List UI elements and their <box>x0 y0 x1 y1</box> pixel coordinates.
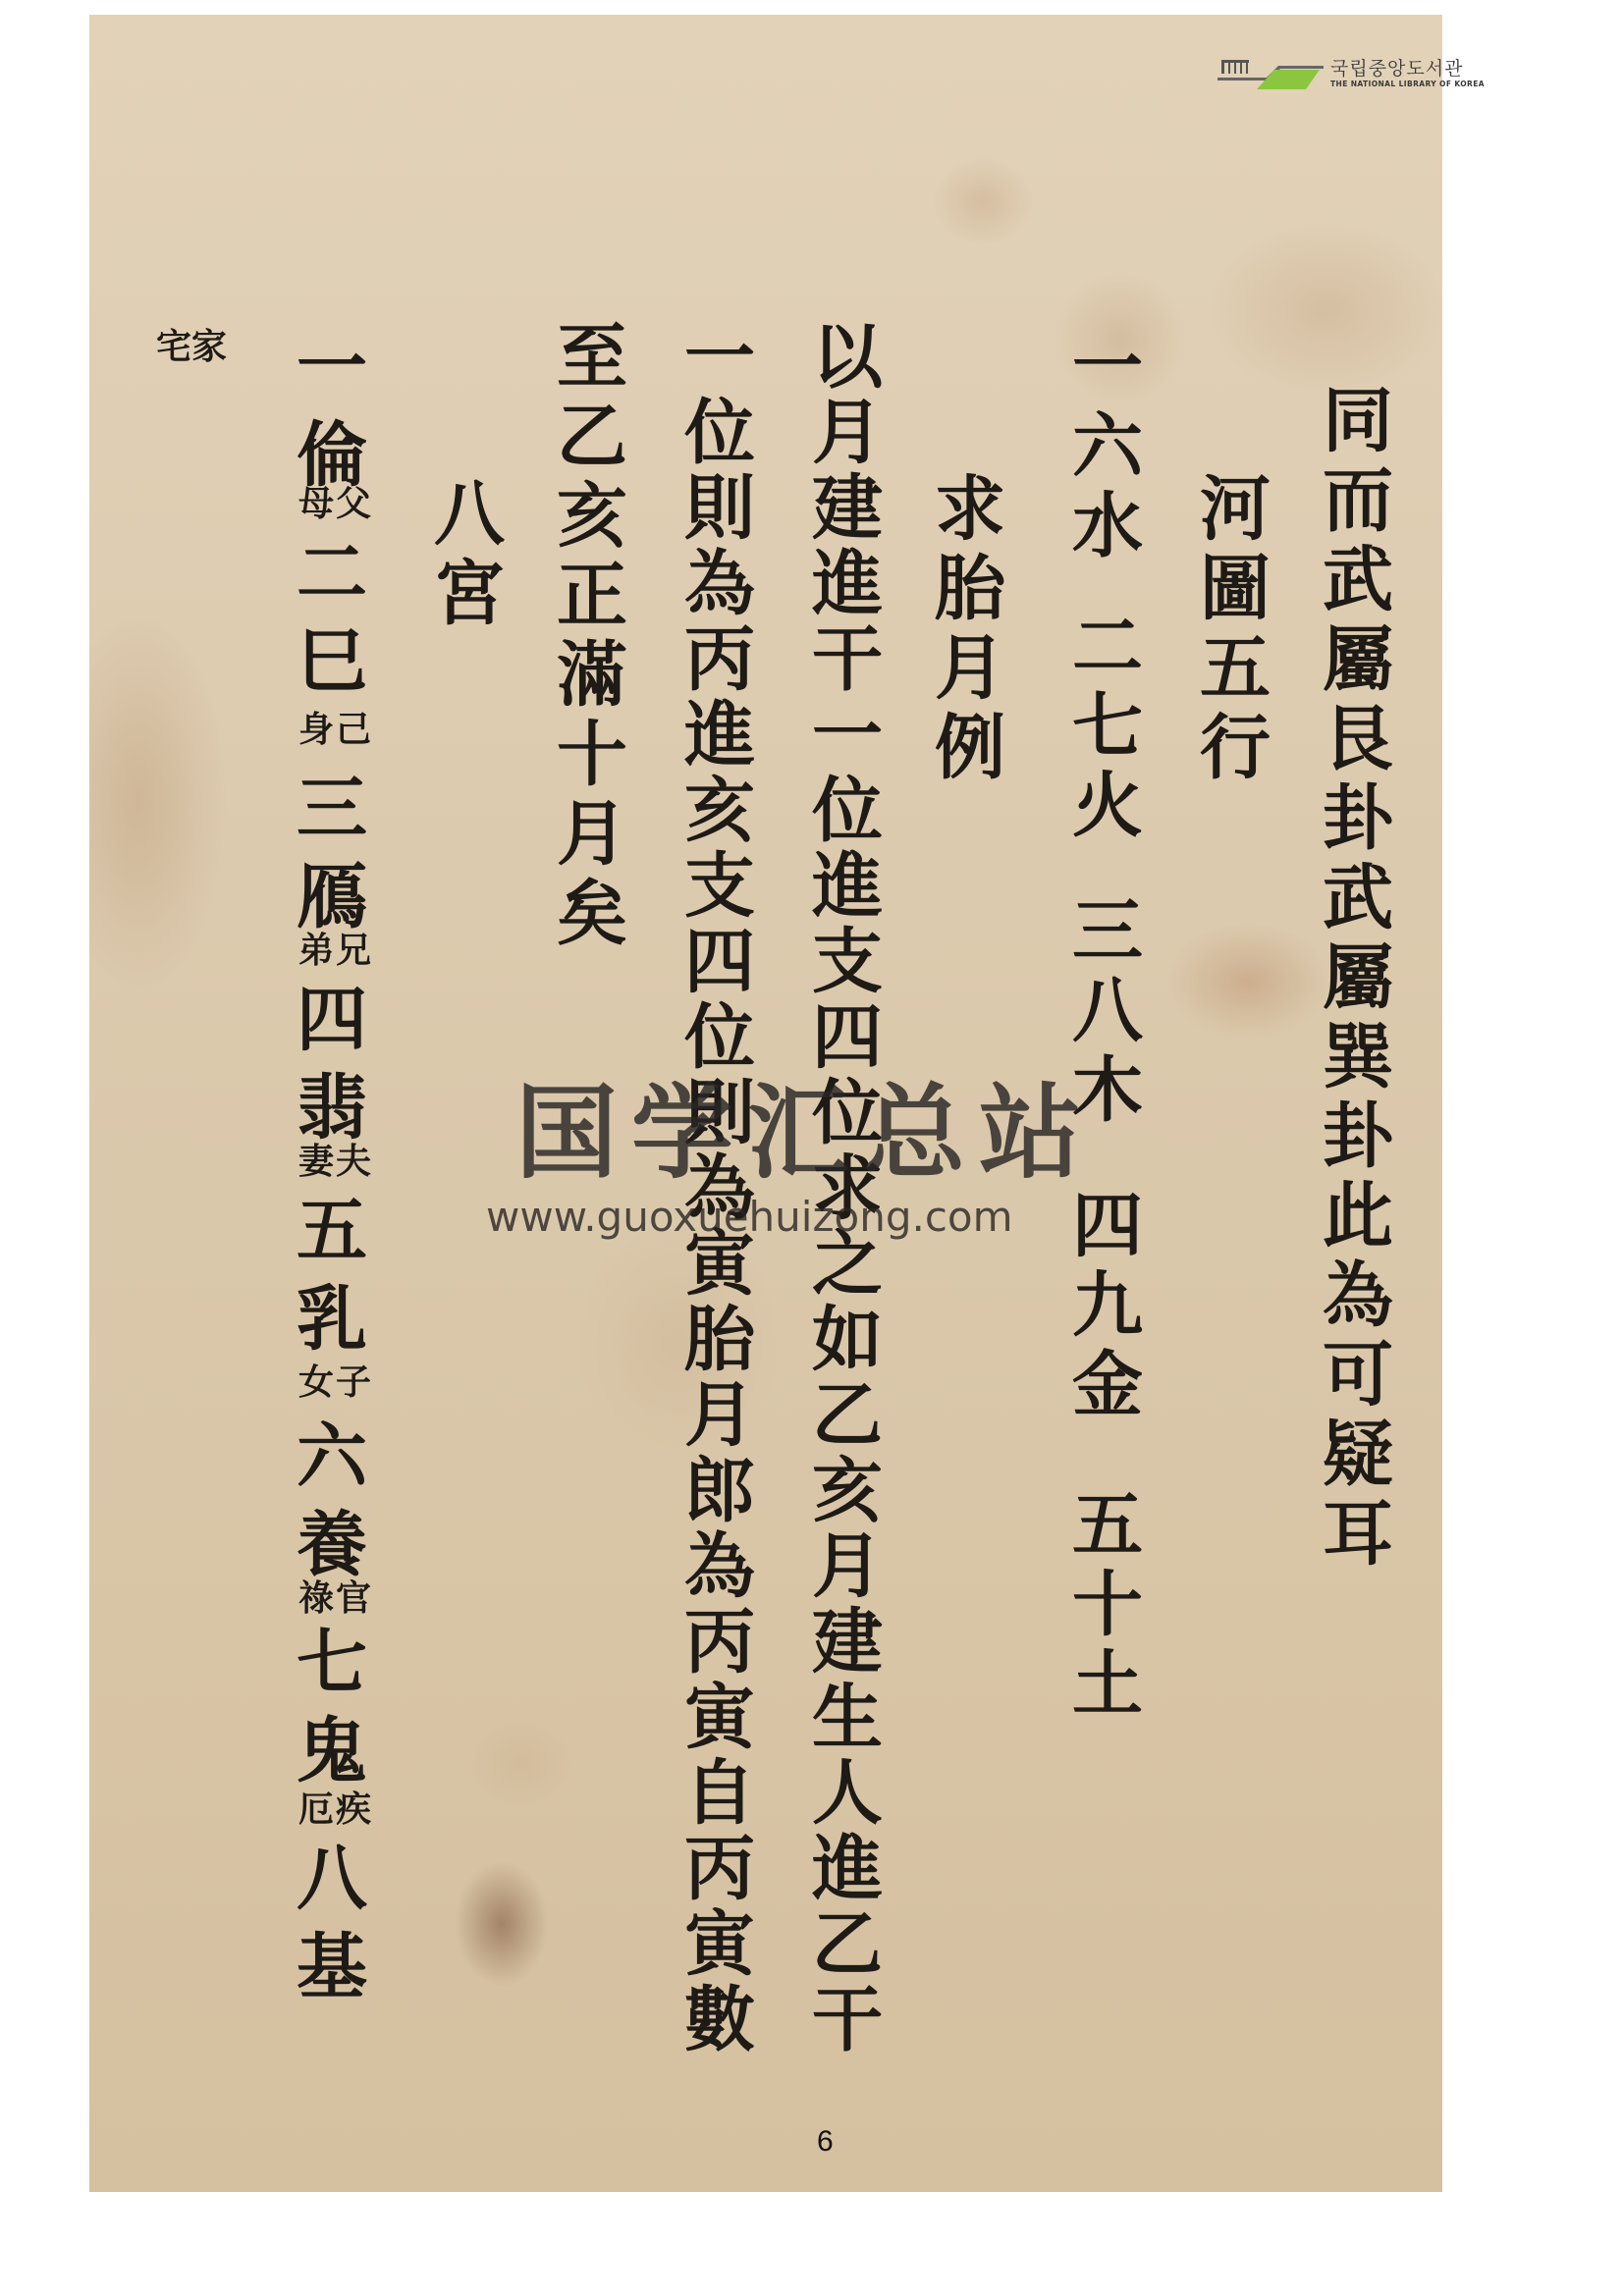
national-library-logo: 국립중앙도서관 THE NATIONAL LIBRARY OF KOREA <box>1217 54 1502 93</box>
note-char: 女 <box>298 1355 334 1400</box>
library-name-english: THE NATIONAL LIBRARY OF KOREA <box>1330 80 1485 88</box>
note-char: 兄 <box>336 923 371 968</box>
note-char: 己 <box>336 702 371 747</box>
text-column-1: 同而武屬艮卦武屬巽卦此為可疑耳 <box>1317 383 1387 1575</box>
palace-item: 三鴈 <box>291 771 361 947</box>
palace-note: 祿 官 <box>281 1571 389 1616</box>
note-char: 身 <box>298 702 334 747</box>
palace-note: 身 己 <box>281 702 389 747</box>
watermark-url: www.guoxuehuizong.com <box>486 1193 1013 1241</box>
palace-note: 弟 兄 <box>281 923 389 968</box>
note-char: 子 <box>336 1355 371 1400</box>
palace-note: 妻 夫 <box>281 1134 389 1179</box>
note-char: 官 <box>336 1571 371 1616</box>
palace-note: 厄 疾 <box>281 1782 389 1827</box>
library-name-korean: 국립중앙도서관 <box>1330 54 1463 80</box>
library-emblem-icon <box>1217 58 1324 89</box>
heading-hetu-wuxing: 河圖五行 <box>1194 471 1265 789</box>
palace-item: 四翡 <box>291 982 361 1158</box>
note-char: 夫 <box>336 1134 371 1179</box>
heading-qiu-taiyue-li: 求胎月例 <box>929 471 1000 789</box>
note-char: 疾 <box>336 1782 371 1827</box>
note-char: 弟 <box>298 923 334 968</box>
note-char: 父 <box>336 476 371 521</box>
palace-item: 六養 <box>291 1418 361 1595</box>
note-char: 厄 <box>298 1782 334 1827</box>
note-char: 祿 <box>298 1571 334 1616</box>
palace-item: 二巳 <box>291 535 361 712</box>
element-item: 一六水 <box>1066 329 1137 567</box>
note-char: 妻 <box>298 1134 334 1179</box>
note-char: 母 <box>298 476 334 521</box>
element-item: 四九金 <box>1066 1188 1137 1426</box>
palace-note: 女 子 <box>281 1355 389 1400</box>
element-item: 二七火 <box>1066 609 1137 847</box>
palace-item: 五乳 <box>291 1193 361 1369</box>
heading-eight-palaces: 八宮 <box>428 476 499 635</box>
trailing-note-jiazhai: 家宅 <box>156 329 227 366</box>
palace-item: 七鬼 <box>291 1625 361 1801</box>
palace-note: 母 父 <box>281 476 389 521</box>
text-column-7: 至乙亥正滿十月矣 <box>551 319 622 955</box>
element-item: 五十土 <box>1066 1487 1137 1726</box>
page-number: 6 <box>817 2125 834 2159</box>
watermark-title: 国学汇总站 <box>515 1050 1095 1198</box>
palace-item: 八基 <box>291 1841 361 2017</box>
